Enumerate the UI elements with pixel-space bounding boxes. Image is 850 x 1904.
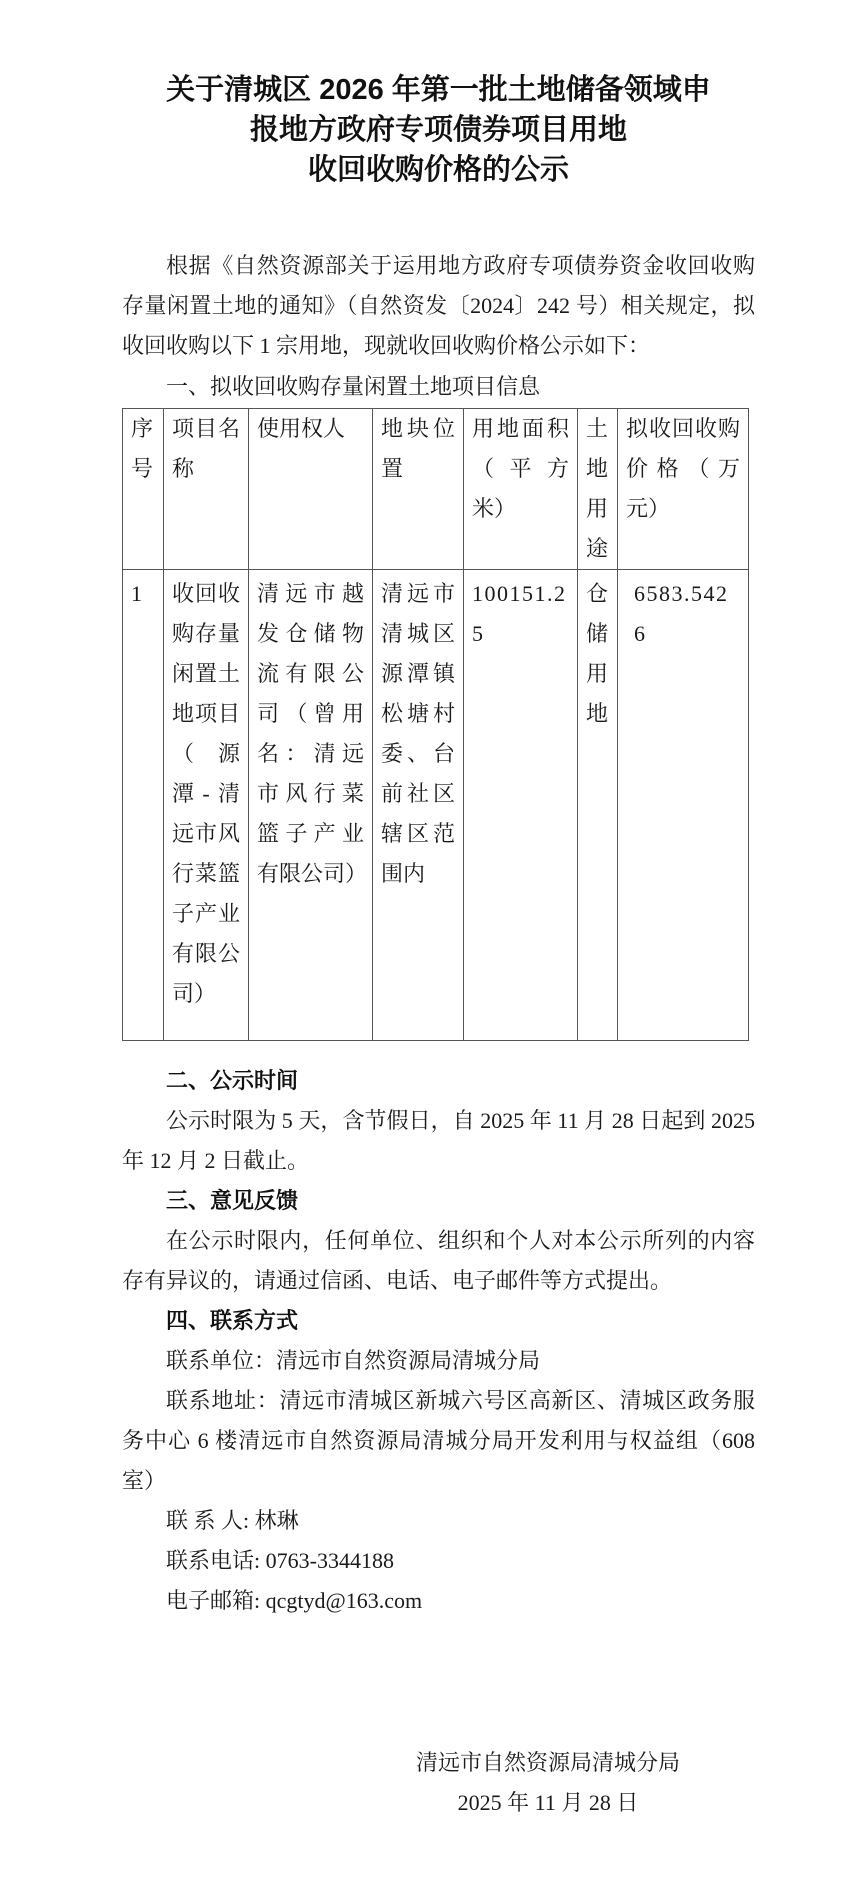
signature-block: 清远市自然资源局清城分局 2025 年 11 月 28 日: [416, 1743, 680, 1823]
header-cell-price: 拟收回收购价格（万元）: [618, 409, 749, 570]
contact-address: 联系地址：清远市清城区新城六号区高新区、清城区政务服务中心 6 楼清远市自然资源…: [122, 1381, 755, 1501]
land-info-table: 序号 项目名称 使用权人 地块位置 用地面积（平方米） 土地用途 拟收回收购价格…: [122, 408, 749, 1041]
cell-seq: 1: [123, 570, 164, 1041]
section1-heading: 一、拟收回收购存量闲置土地项目信息: [122, 370, 755, 404]
section3-body: 在公示时限内，任何单位、组织和个人对本公示所列的内容存有异议的，请通过信函、电话…: [122, 1221, 755, 1301]
cell-project-name: 收回收购存量闲置土地项目（源潭-清远市风行菜篮子产业有限公司）: [164, 570, 249, 1041]
header-cell-seq: 序号: [123, 409, 164, 570]
section2-heading: 二、公示时间: [122, 1061, 755, 1101]
contact-phone: 联系电话: 0763-3344188: [122, 1541, 755, 1581]
section2-body: 公示时限为 5 天，含节假日，自 2025 年 11 月 28 日起到 2025…: [122, 1101, 755, 1181]
contact-person: 联 系 人: 林琳: [122, 1501, 755, 1541]
cell-location: 清远市清城区源潭镇松塘村委、台前社区辖区范围内: [373, 570, 464, 1041]
cell-price: 6583.5426: [618, 570, 749, 1041]
header-cell-rights-holder: 使用权人: [249, 409, 373, 570]
section3-heading: 三、意见反馈: [122, 1181, 755, 1221]
header-cell-area: 用地面积（平方米）: [464, 409, 578, 570]
cell-land-use: 仓储用地: [578, 570, 618, 1041]
table-header-row: 序号 项目名称 使用权人 地块位置 用地面积（平方米） 土地用途 拟收回收购价格…: [123, 409, 749, 570]
contact-unit: 联系单位：清远市自然资源局清城分局: [122, 1341, 755, 1381]
header-cell-project-name: 项目名称: [164, 409, 249, 570]
title-line-2: 报地方政府专项债券项目用地: [122, 110, 755, 150]
header-cell-land-use: 土地用途: [578, 409, 618, 570]
section4-heading: 四、联系方式: [122, 1301, 755, 1341]
header-cell-location: 地块位置: [373, 409, 464, 570]
title-line-1: 关于清城区 2026 年第一批土地储备领域申: [122, 70, 755, 110]
notice-content: 关于清城区 2026 年第一批土地储备领域申 报地方政府专项债券项目用地 收回收…: [0, 0, 850, 1823]
cell-area: 100151.25: [464, 570, 578, 1041]
signature-date: 2025 年 11 月 28 日: [416, 1783, 680, 1823]
page-title: 关于清城区 2026 年第一批土地储备领域申 报地方政府专项债券项目用地 收回收…: [122, 70, 755, 190]
title-line-3: 收回收购价格的公示: [122, 150, 755, 190]
contact-email: 电子邮箱: qcgtyd@163.com: [122, 1581, 755, 1621]
intro-paragraph: 根据《自然资源部关于运用地方政府专项债券资金收回收购存量闲置土地的通知》（自然资…: [122, 246, 755, 366]
notice-page: 关于清城区 2026 年第一批土地储备领域申 报地方政府专项债券项目用地 收回收…: [0, 0, 850, 1904]
cell-rights-holder: 清远市越发仓储物流有限公司（曾用名：清远市风行菜篮子产业有限公司）: [249, 570, 373, 1041]
table-row: 1 收回收购存量闲置土地项目（源潭-清远市风行菜篮子产业有限公司） 清远市越发仓…: [123, 570, 749, 1041]
signature-org: 清远市自然资源局清城分局: [416, 1743, 680, 1783]
